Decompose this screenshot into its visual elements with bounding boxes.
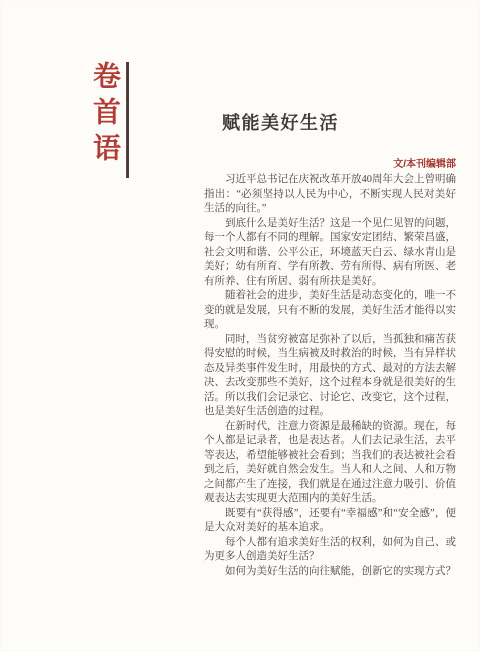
paragraph: 既要有“获得感”，还要有“幸福感”和“安全感”，便是大众对美好的基本追求。	[204, 507, 456, 536]
magazine-page: 卷首语 赋能美好生活 文/本刊编辑部 习近平总书记在庆祝改革开放40周年大会上曾…	[0, 0, 480, 651]
vertical-rule	[126, 62, 129, 178]
article-body: 习近平总书记在庆祝改革开放40周年大会上曾明确指出：“必须坚持以人民为中心，不断…	[204, 173, 456, 579]
paragraph: 随着社会的进步，美好生活是动态变化的，唯一不变的就是发展，只有不断的发展，美好生…	[204, 289, 456, 333]
paragraph: 在新时代，注意力资源是最稀缺的资源。现在，每个人都是记录者，也是表达者。人们去记…	[204, 420, 456, 507]
page-title: 赋能美好生活	[222, 109, 339, 135]
byline: 文/本刊编辑部	[204, 155, 456, 170]
section-label-vertical: 卷首语	[90, 61, 118, 169]
paragraph: 习近平总书记在庆祝改革开放40周年大会上曾明确指出：“必须坚持以人民为中心，不断…	[204, 173, 456, 217]
paragraph: 如何为美好生活的向往赋能，创新它的实现方式？	[204, 565, 456, 580]
paragraph: 同时，当贫穷被富足弥补了以后，当孤独和痛苦获得安慰的时候，当生病被及时救治的时候…	[204, 333, 456, 420]
paragraph: 到底什么是美好生活？这是一个见仁见智的问题，每一个人都有不同的理解。国家安定团结…	[204, 217, 456, 290]
paragraph: 每个人都有追求美好生活的权利，如何为自己、或为更多人创造美好生活？	[204, 536, 456, 565]
